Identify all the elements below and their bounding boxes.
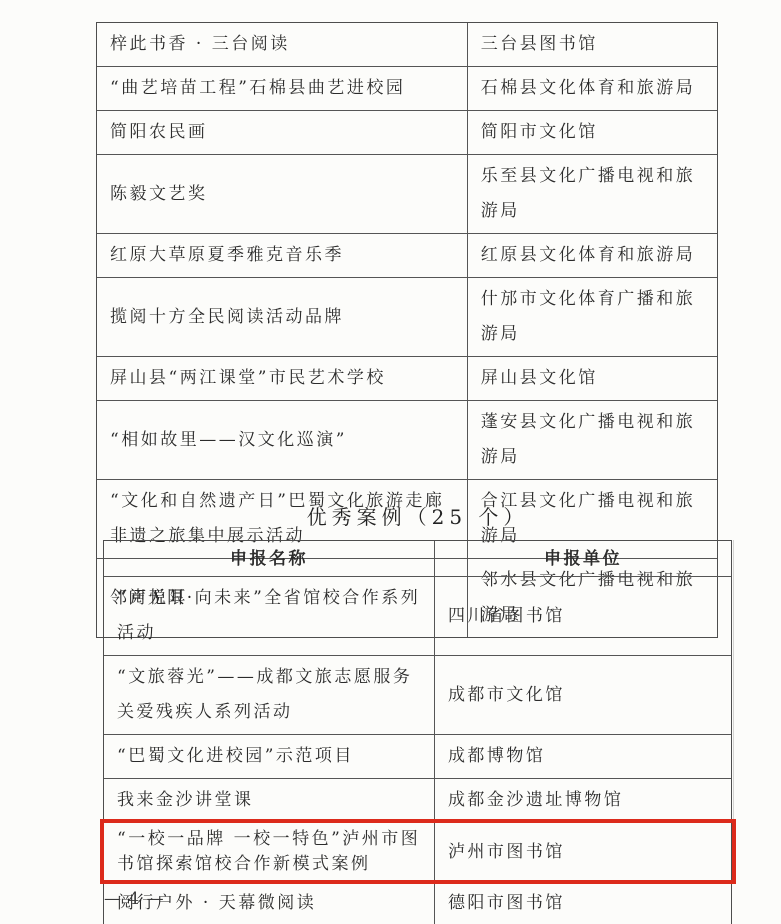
organization-cell: 成都博物馆 (435, 735, 731, 778)
project-name-cell: “文旅蓉光”——成都文旅志愿服务关爱残疾人系列活动 (104, 656, 435, 734)
organization-cell: 德阳市图书馆 (435, 882, 731, 924)
page-number: — 4 — (104, 889, 165, 909)
document-page: 梓此书香 · 三台阅读三台县图书馆“曲艺培苗工程”石棉县曲艺进校园石棉县文化体育… (0, 0, 781, 924)
table-row: 我来金沙讲堂课成都金沙遗址博物馆 (104, 778, 731, 822)
header-organization: 申报单位 (435, 541, 731, 576)
project-name-cell: 屏山县“两江课堂”市民艺术学校 (97, 357, 468, 400)
table-row: 屏山县“两江课堂”市民艺术学校屏山县文化馆 (97, 356, 717, 400)
table-row: 陈毅文艺奖乐至县文化广播电视和旅游局 (97, 154, 717, 233)
table-row: “巴蜀文化进校园”示范项目成都博物馆 (104, 734, 731, 778)
table-header-row: 申报名称 申报单位 (104, 541, 731, 576)
organization-cell: 四川省图书馆 (435, 577, 731, 655)
organization-cell: 成都金沙遗址博物馆 (435, 779, 731, 822)
table-row: 揽阅十方全民阅读活动品牌什邡市文化体育广播和旅游局 (97, 277, 717, 356)
project-name-cell: “阅无限·向未来”全省馆校合作系列活动 (104, 577, 435, 655)
project-name-cell: 陈毅文艺奖 (97, 155, 468, 233)
organization-cell: 石棉县文化体育和旅游局 (468, 67, 717, 110)
header-project-name: 申报名称 (104, 541, 435, 576)
project-name-cell: 我来金沙讲堂课 (104, 779, 435, 822)
table-row: 红原大草原夏季雅克音乐季红原县文化体育和旅游局 (97, 233, 717, 277)
organization-cell: 泸州市图书馆 (435, 823, 731, 881)
project-name-cell: 揽阅十方全民阅读活动品牌 (97, 278, 468, 356)
organization-cell: 成都市文化馆 (435, 656, 731, 734)
organization-cell: 红原县文化体育和旅游局 (468, 234, 717, 277)
table-row: 梓此书香 · 三台阅读三台县图书馆 (97, 23, 717, 66)
scan-edge-line (733, 540, 734, 884)
table-row: “曲艺培苗工程”石棉县曲艺进校园石棉县文化体育和旅游局 (97, 66, 717, 110)
organization-cell: 蓬安县文化广播电视和旅游局 (468, 401, 717, 479)
table-row: 简阳农民画简阳市文化馆 (97, 110, 717, 154)
table-row-highlighted: “一校一品牌 一校一特色”泸州市图书馆探索馆校合作新模式案例泸州市图书馆 (104, 822, 731, 881)
organization-cell: 乐至县文化广播电视和旅游局 (468, 155, 717, 233)
table-row: “相如故里——汉文化巡演”蓬安县文化广播电视和旅游局 (97, 400, 717, 479)
organization-cell: 简阳市文化馆 (468, 111, 717, 154)
table-row: “阅无限·向未来”全省馆校合作系列活动四川省图书馆 (104, 576, 731, 655)
project-name-cell: 红原大草原夏季雅克音乐季 (97, 234, 468, 277)
table-row: 阅行户外 · 天幕微阅读德阳市图书馆 (104, 881, 731, 924)
organization-cell: 三台县图书馆 (468, 23, 717, 66)
excellent-cases-table: 申报名称 申报单位 “阅无限·向未来”全省馆校合作系列活动四川省图书馆“文旅蓉光… (103, 540, 732, 924)
project-name-cell: 简阳农民画 (97, 111, 468, 154)
project-name-cell: “巴蜀文化进校园”示范项目 (104, 735, 435, 778)
organization-cell: 什邡市文化体育广播和旅游局 (468, 278, 717, 356)
project-name-cell: “相如故里——汉文化巡演” (97, 401, 468, 479)
project-name-cell: “一校一品牌 一校一特色”泸州市图书馆探索馆校合作新模式案例 (104, 823, 435, 881)
organization-cell: 屏山县文化馆 (468, 357, 717, 400)
project-name-cell: 梓此书香 · 三台阅读 (97, 23, 468, 66)
section-title-excellent-cases: 优秀案例（25 个） (103, 501, 732, 530)
project-name-cell: “曲艺培苗工程”石棉县曲艺进校园 (97, 67, 468, 110)
table-row: “文旅蓉光”——成都文旅志愿服务关爱残疾人系列活动成都市文化馆 (104, 655, 731, 734)
